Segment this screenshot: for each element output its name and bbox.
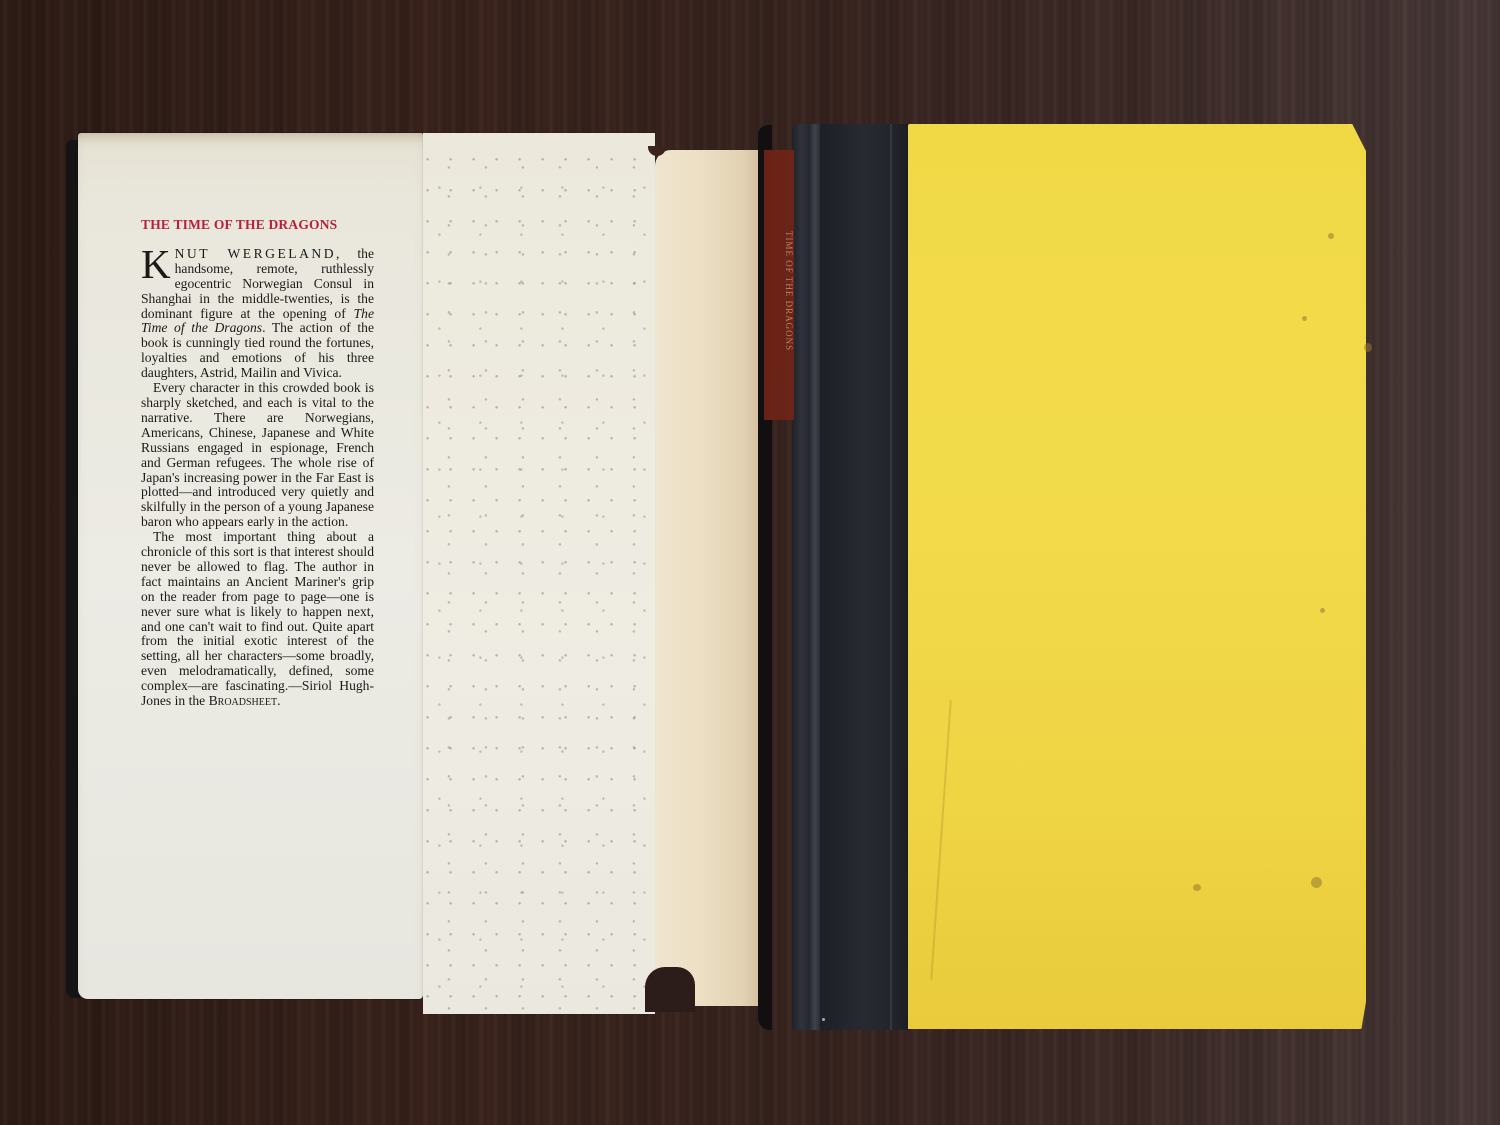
dust-jacket-spine	[655, 150, 765, 1006]
book-title: THE TIME OF THE DRAGONS	[141, 218, 374, 233]
blurb-paragraph: Every character in this crowded book is …	[141, 381, 374, 530]
drop-cap: K	[141, 249, 171, 280]
spine-ridge	[810, 124, 820, 1030]
cover-stain	[1364, 343, 1372, 352]
yellow-back-cover	[908, 124, 1366, 1029]
blurb-paragraph: The most important thing about a chronic…	[141, 530, 374, 709]
cover-stain	[1328, 233, 1334, 239]
spine-mark	[822, 1018, 825, 1021]
cover-stain	[1311, 877, 1322, 888]
jacket-tear-bottom	[645, 967, 695, 1012]
cover-stain	[1302, 316, 1307, 321]
review-source: Broadsheet	[209, 693, 278, 708]
blurb-paragraph: KNUT WERGELAND, the handsome, remote, ru…	[141, 247, 374, 381]
jacket-blurb: THE TIME OF THE DRAGONS KNUT WERGELAND, …	[141, 218, 374, 709]
spine-hinge	[890, 124, 892, 1030]
cover-stain	[1193, 884, 1201, 891]
foxing-spots	[423, 150, 655, 1010]
cover-stain	[1320, 608, 1325, 613]
spine-title-label: TIME OF THE DRAGONS	[764, 150, 794, 420]
